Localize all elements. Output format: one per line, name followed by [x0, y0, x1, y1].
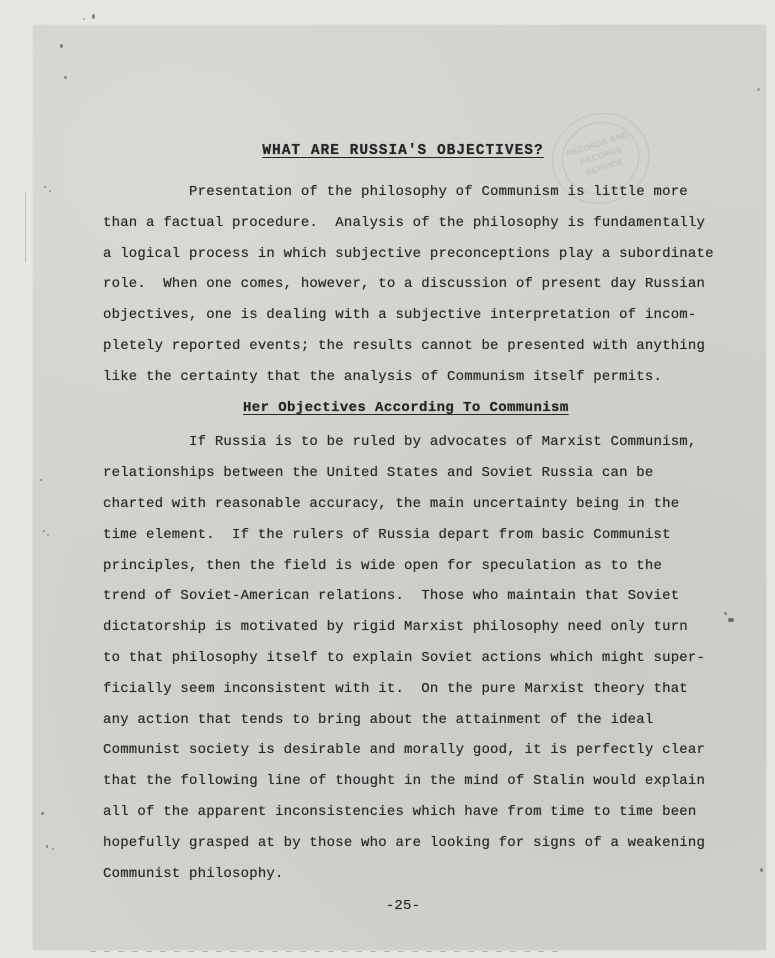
- text-line: role. When one comes, however, to a disc…: [103, 269, 703, 300]
- section-subheading: Her Objectives According To Communism: [243, 393, 703, 424]
- ink-speck: [92, 14, 95, 19]
- text-line: If Russia is to be ruled by advocates of…: [103, 427, 703, 458]
- text-line: any action that tends to bring about the…: [103, 705, 703, 736]
- text-line: a logical process in which subjective pr…: [103, 239, 703, 270]
- text-line: Communist society is desirable and moral…: [103, 735, 703, 766]
- text-line: trend of Soviet-American relations. Thos…: [103, 581, 703, 612]
- text-line: like the certainty that the analysis of …: [103, 362, 703, 393]
- ink-speck: [44, 186, 46, 188]
- ink-speck: [64, 76, 67, 79]
- text-line: principles, then the field is wide open …: [103, 551, 703, 582]
- ink-speck: [83, 18, 85, 20]
- pencil-mark: [90, 951, 560, 952]
- ink-speck: [40, 479, 42, 481]
- ink-speck: [52, 848, 54, 850]
- typed-content: WHAT ARE RUSSIA'S OBJECTIVES? Presentati…: [103, 25, 703, 922]
- ink-speck: [43, 530, 45, 532]
- document-title: WHAT ARE RUSSIA'S OBJECTIVES?: [103, 143, 703, 165]
- text-line: Communist philosophy.: [103, 859, 703, 890]
- text-line: all of the apparent inconsistencies whic…: [103, 797, 703, 828]
- ink-speck: [49, 190, 51, 192]
- text-line: time element. If the rulers of Russia de…: [103, 520, 703, 551]
- ink-speck: [724, 612, 727, 615]
- text-line: than a factual procedure. Analysis of th…: [103, 208, 703, 239]
- text-line: that the following line of thought in th…: [103, 766, 703, 797]
- paragraph-2: If Russia is to be ruled by advocates of…: [103, 427, 703, 889]
- text-line: charted with reasonable accuracy, the ma…: [103, 489, 703, 520]
- text-line: pletely reported events; the results can…: [103, 331, 703, 362]
- text-line: to that philosophy itself to explain Sov…: [103, 643, 703, 674]
- paragraph-1: Presentation of the philosophy of Commun…: [103, 177, 703, 393]
- ink-speck: [728, 618, 734, 622]
- scanned-document-page: { "doc": { "title": "WHAT ARE RUSSIA'S O…: [0, 0, 775, 958]
- ink-speck: [760, 868, 763, 872]
- ink-speck: [47, 534, 49, 536]
- ink-speck: [46, 845, 48, 848]
- text-line: dictatorship is motivated by rigid Marxi…: [103, 612, 703, 643]
- text-line: hopefully grasped at by those who are lo…: [103, 828, 703, 859]
- text-line: objectives, one is dealing with a subjec…: [103, 300, 703, 331]
- document-page: RECORDS AND RECORDS SERVICE WHAT ARE RUS…: [33, 25, 766, 950]
- ink-speck: [60, 44, 63, 48]
- ink-speck: [757, 88, 760, 91]
- text-line: relationships between the United States …: [103, 458, 703, 489]
- ink-speck: [41, 812, 44, 815]
- pencil-mark: [25, 192, 26, 262]
- page-number: -25-: [103, 891, 703, 922]
- text-line: Presentation of the philosophy of Commun…: [103, 177, 703, 208]
- text-line: ficially seem inconsistent with it. On t…: [103, 674, 703, 705]
